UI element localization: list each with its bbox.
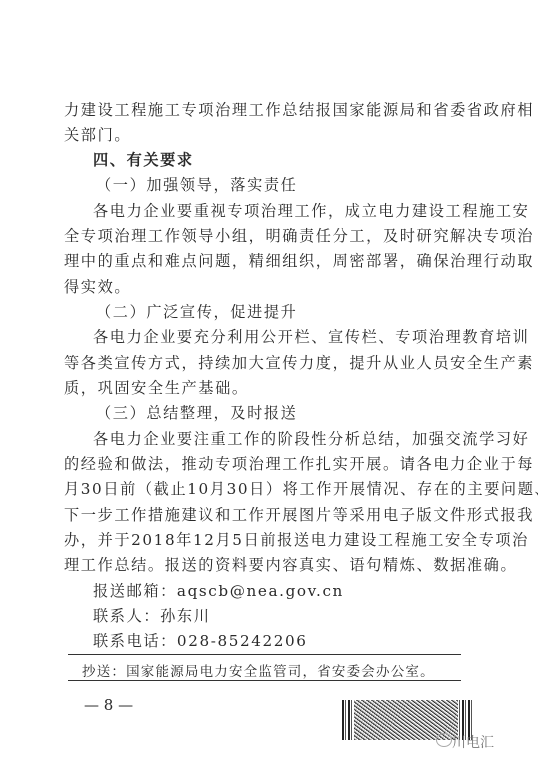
cc-line: 抄送：国家能源局电力安全监管司，省安委会办公室。 [82, 660, 435, 680]
body-line: 的经验和做法，推动专项治理工作扎实开展。请各电力企业于每 [64, 454, 474, 474]
subsection-title: （一）加强领导，落实责任 [96, 175, 506, 195]
contact-phone: 联系电话：028-85242206 [93, 631, 503, 651]
divider-top [68, 654, 461, 655]
body-line: 理工作总结。报送的资料要内容真实、语句精炼、数据准确。 [64, 555, 474, 575]
body-line: 各电力企业要充分利用公开栏、宣传栏、专项治理教育培训 [93, 327, 503, 347]
body-line: 下一步工作措施建议和工作开展图片等采用电子版文件形式报我 [64, 505, 474, 525]
subsection-title: （三）总结整理，及时报送 [96, 403, 506, 423]
wechat-icon [436, 733, 452, 747]
body-line: 等各类宣传方式，持续加大宣传力度，提升从业人员安全生产素 [64, 353, 474, 373]
contact-person: 联系人：孙东川 [93, 606, 503, 626]
watermark: 川电汇 [452, 732, 494, 752]
body-line: 办，并于2018年12月5日前报送电力建设工程施工安全专项治 [64, 530, 474, 550]
divider-bottom [68, 680, 461, 681]
body-line: 各电力企业要重视专项治理工作，成立电力建设工程施工安 [93, 201, 503, 221]
contact-email: 报送邮箱：aqscb@nea.gov.cn [93, 581, 503, 601]
body-line: 质，巩固安全生产基础。 [64, 378, 474, 398]
section-heading: 四、有关要求 [93, 150, 503, 170]
body-line: 理中的重点和难点问题，精细组织，周密部署，确保治理行动取 [64, 251, 474, 271]
subsection-title: （二）广泛宣传，促进提升 [96, 302, 506, 322]
body-line: 月30日前（截止10月30日）将工作开展情况、存在的主要问题、 [64, 479, 474, 499]
body-line: 全专项治理工作领导小组，明确责任分工，及时研究解决专项治 [64, 226, 474, 246]
page-number: — 8 — [84, 696, 133, 714]
body-line: 力建设工程施工专项治理工作总结报国家能源局和省委省政府相 [64, 100, 474, 120]
body-line: 关部门。 [64, 125, 474, 145]
body-line: 各电力企业要注重工作的阶段性分析总结，加强交流学习好 [93, 429, 503, 449]
body-line: 得实效。 [64, 277, 474, 297]
